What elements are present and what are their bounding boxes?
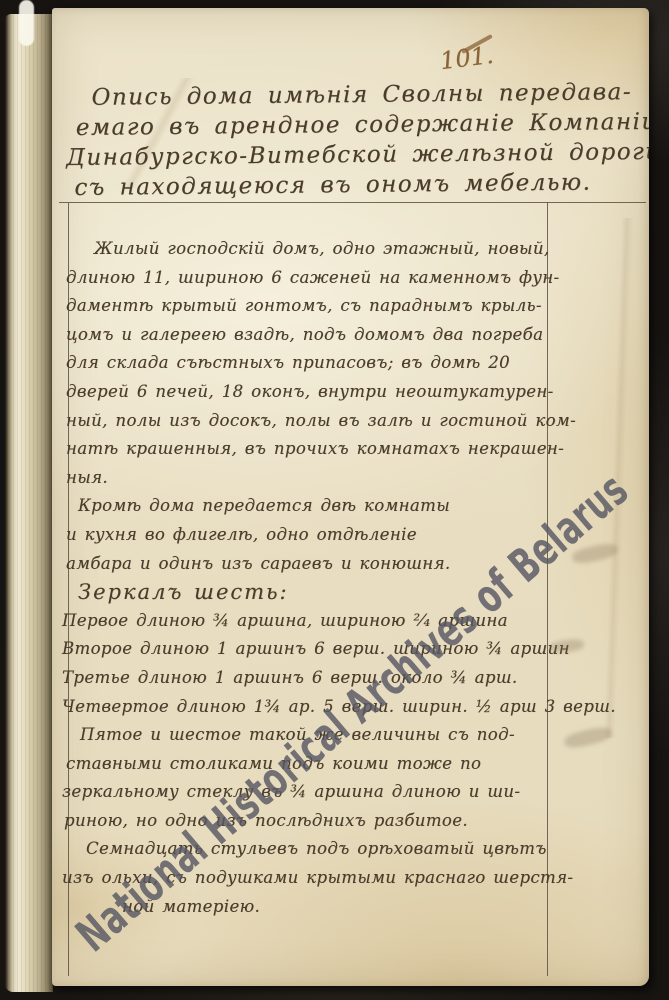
- text-line: Второе длиною 1 аршинъ 6 верш. шириною ¾…: [62, 635, 548, 664]
- text-line: для склада съѣстныхъ припасовъ; въ домѣ …: [66, 349, 548, 378]
- text-line: Пятое и шестое такой же величины съ под-: [80, 721, 548, 750]
- paper-crease: [600, 218, 636, 738]
- text-line: цомъ и галереею взадѣ, подъ домомъ два п…: [66, 321, 548, 350]
- inventory-text: Жилый господскій домъ, одно этажный, нов…: [66, 235, 548, 921]
- page-stack-texture: [5, 14, 53, 992]
- section-heading-mirrors: Зеркалъ шесть:: [78, 578, 548, 607]
- text-line: и кухня во флигелѣ, одно отдѣленіе: [66, 521, 548, 550]
- archival-scan-backdrop: 101. Опись дома имѣнія Сволны передава- …: [0, 0, 669, 1000]
- document-title: Опись дома имѣнія Сволны передава- емаго…: [65, 77, 648, 203]
- text-line: ной матеріею.: [122, 893, 548, 922]
- text-line: натѣ крашенныя, въ прочихъ комнатахъ нек…: [66, 435, 548, 464]
- text-line: ныя.: [66, 464, 548, 493]
- text-line: Третье длиною 1 аршинъ 6 верш. около ¾ а…: [62, 664, 548, 693]
- text-line: Первое длиною ¾ аршина, шириною ²⁄₄ арши…: [62, 607, 548, 636]
- text-line: Семнадцать стульевъ подъ орѣховатый цвѣт…: [86, 835, 548, 864]
- text-line: ный, полы изъ досокъ, полы въ залѣ и гос…: [66, 407, 548, 436]
- text-line: Четвертое длиною 1¾ ар. 5 верш. ширин. ½…: [62, 693, 548, 722]
- text-line: длиною 11, шириною 6 саженей на каменном…: [66, 264, 548, 293]
- text-line: Жилый господскій домъ, одно этажный, нов…: [94, 235, 548, 264]
- text-line: риною, но одно изъ послѣднихъ разбитое.: [64, 807, 548, 836]
- text-line: изъ ольхи, съ подушками крытыми краснаго…: [62, 864, 548, 893]
- text-line: даментѣ крытый гонтомъ, съ параднымъ кры…: [66, 292, 548, 321]
- page-curl-highlight: [19, 0, 34, 46]
- ink-bleed-mark: [563, 725, 613, 750]
- text-line: ставными столиками подъ коими тоже по: [66, 750, 548, 779]
- text-line: амбара и одинъ изъ сараевъ и конюшня.: [66, 550, 548, 579]
- manuscript-page: 101. Опись дома имѣнія Сволны передава- …: [52, 8, 649, 986]
- text-line: дверей 6 печей, 18 оконъ, внутри неоштук…: [66, 378, 548, 407]
- title-line: съ находящеюся въ ономъ мебелью.: [74, 167, 648, 203]
- text-line: зеркальному стеклу въ ¾ аршина длиною и …: [62, 778, 548, 807]
- text-line: Кромѣ дома передается двѣ комнаты: [78, 492, 548, 521]
- table-rule-horizontal: [59, 202, 646, 203]
